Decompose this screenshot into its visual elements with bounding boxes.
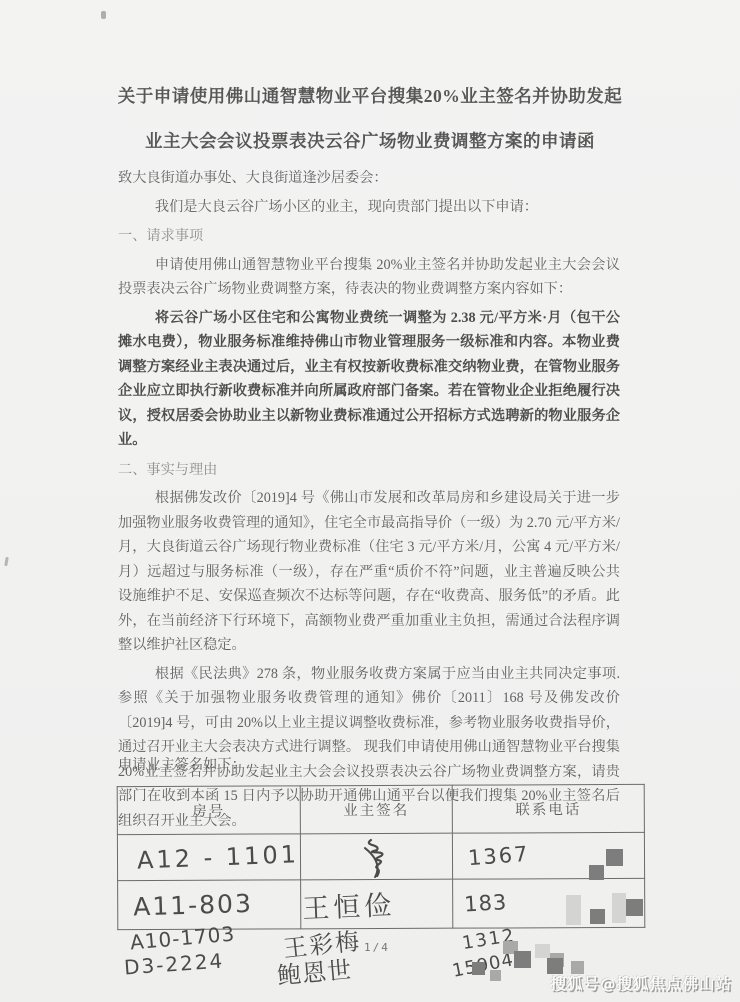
table-row: A12 - 1101 1367 xyxy=(117,832,644,880)
section2-paragraph1: 根据佛发改价〔2019]4 号《佛山市发展和改革局房和乡建设局关于进一步加强物业… xyxy=(118,486,620,658)
table-header-row: 房号 业主签名 联系电话 xyxy=(117,784,644,834)
document-title-line2: 业主大会会议投票表决云谷广场物业费调整方案的申请函 xyxy=(100,119,640,164)
signature-intro: 申请业主签名如下： xyxy=(118,754,246,774)
scan-artifact-dot xyxy=(101,11,106,19)
document-body: 致大良街道办事处、大良街道逢沙居委会： 我们是大良云谷广场小区的业主，现向贵部门… xyxy=(118,166,620,837)
room-number-cell: A11-803 xyxy=(118,880,301,930)
section2-heading: 二、事实与理由 xyxy=(118,458,620,483)
handwritten-phone: 183 xyxy=(454,890,508,917)
section1-paragraph2: 将云谷广场小区住宅和公寓物业费统一调整为 2.38 元/平方米·月（包干公摊水电… xyxy=(118,306,620,453)
signature-cell xyxy=(300,833,452,880)
document-title: 关于申请使用佛山通智慧物业平台搜集20%业主签名并协助发起 业主大会会议投票表决… xyxy=(100,74,640,164)
censor-block xyxy=(589,865,604,880)
scan-artifact-tick xyxy=(4,557,9,566)
censor-block xyxy=(626,899,643,916)
censor-block xyxy=(566,895,581,925)
signature-scribble-icon xyxy=(341,835,411,877)
scanned-document-page: 关于申请使用佛山通智慧物业平台搜集20%业主签名并协助发起 业主大会会议投票表决… xyxy=(0,0,740,1002)
censor-block xyxy=(490,970,501,981)
salutation: 致大良街道办事处、大良街道逢沙居委会： xyxy=(118,166,620,191)
censor-block xyxy=(612,893,626,923)
censor-block xyxy=(514,951,531,968)
censor-block xyxy=(472,962,485,975)
section1-heading: 一、请求事项 xyxy=(118,224,620,249)
header-room-number: 房号 xyxy=(117,786,300,835)
handwritten-phone: 1367 xyxy=(453,841,530,871)
header-owner-signature: 业主签名 xyxy=(300,785,452,834)
section1-paragraph1: 申请使用佛山通智慧物业平台搜集 20%业主签名并协助发起业主大会会议投票表决云谷… xyxy=(118,253,620,302)
room-number-cell: A12 - 1101 xyxy=(117,834,300,881)
censor-block xyxy=(535,944,550,958)
signature-cell: 王恒俭 xyxy=(301,879,453,929)
page-number: 1/4 xyxy=(364,941,390,954)
handwritten-signature: 鲍恩世 xyxy=(276,950,354,991)
intro-paragraph: 我们是大良云谷广场小区的业主，现向贵部门提出以下申请： xyxy=(118,195,620,220)
sohu-watermark: 搜狐号@搜狐焦点佛山站 xyxy=(550,972,732,994)
header-contact-phone: 联系电话 xyxy=(452,784,644,833)
handwritten-signature: 王恒俭 xyxy=(301,883,395,926)
handwritten-room-number: A11-803 xyxy=(119,888,253,921)
censor-block xyxy=(606,849,623,866)
censor-block xyxy=(590,909,605,924)
handwritten-room-number: A12 - 1101 xyxy=(119,840,300,875)
document-title-line1: 关于申请使用佛山通智慧物业平台搜集20%业主签名并协助发起 xyxy=(100,74,640,119)
